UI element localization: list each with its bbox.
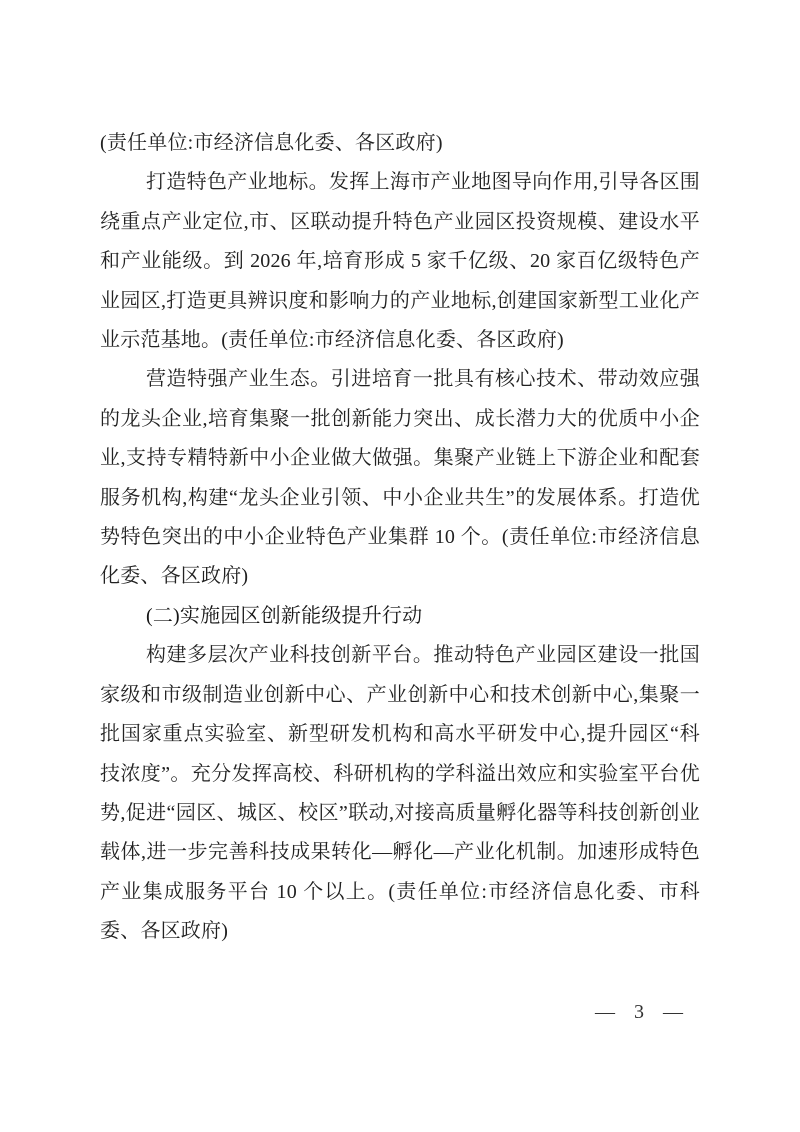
paragraph-industry-landmark: 打造特色产业地标。发挥上海市产业地图导向作用,引导各区围绕重点产业定位,市、区联… — [100, 163, 700, 360]
paragraph-responsibility-continuation: (责任单位:市经济信息化委、各区政府) — [100, 124, 700, 163]
document-page: (责任单位:市经济信息化委、各区政府) 打造特色产业地标。发挥上海市产业地图导向… — [0, 0, 800, 1132]
page-number: — 3 — — [595, 1001, 684, 1023]
document-body: (责任单位:市经济信息化委、各区政府) 打造特色产业地标。发挥上海市产业地图导向… — [100, 124, 700, 952]
paragraph-innovation-platform: 构建多层次产业科技创新平台。推动特色产业园区建设一批国家级和市级制造业创新中心、… — [100, 636, 700, 951]
paragraph-industry-ecosystem: 营造特强产业生态。引进培育一批具有核心技术、带动效应强的龙头企业,培育集聚一批创… — [100, 360, 700, 596]
section-heading-action-2: (二)实施园区创新能级提升行动 — [100, 597, 700, 636]
